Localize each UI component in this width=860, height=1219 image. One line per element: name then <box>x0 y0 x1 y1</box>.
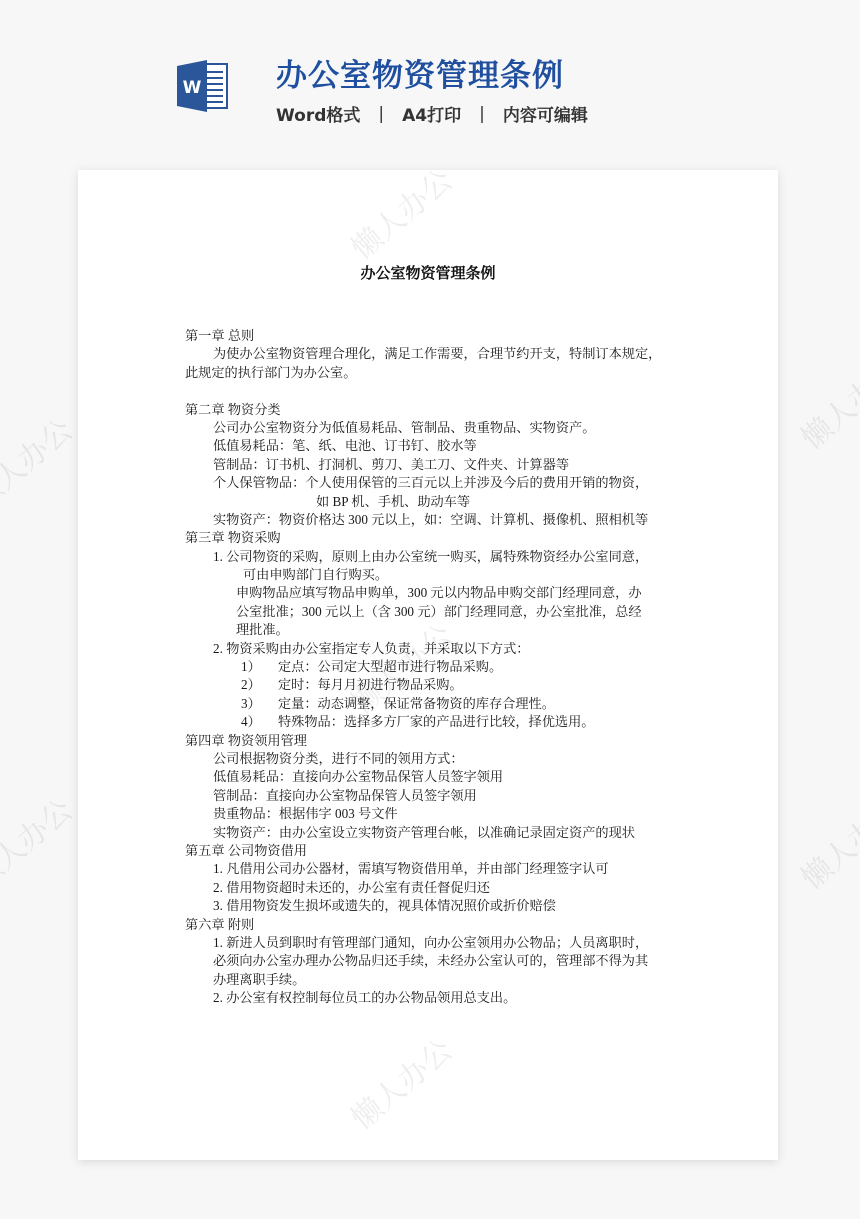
list-item: 2. 办公室有权控制每位员工的办公物品领用总支出。 <box>185 989 675 1007</box>
paragraph-line: 管制品：订书机、打洞机、剪刀、美工刀、文件夹、计算器等 <box>185 456 675 474</box>
method-number: 3） <box>241 695 278 713</box>
paragraph-line: 实物资产：物资价格达 300 元以上，如：空调、计算机、摄像机、照相机等 <box>185 511 675 529</box>
tag-separator: | <box>479 104 485 124</box>
watermark: 懒人办公 <box>0 787 80 898</box>
method-number: 4） <box>241 713 278 731</box>
method-text: 定点：公司定大型超市进行物品采购。 <box>278 658 502 676</box>
paragraph-line: 公司根据物资分类，进行不同的领用方式： <box>185 750 675 768</box>
chapter-heading: 第三章 物资采购 <box>185 529 675 547</box>
document-title: 办公室物资管理条例 <box>78 262 778 283</box>
list-item: 2. 物资采购由办公室指定专人负责，并采取以下方式： <box>185 640 675 658</box>
watermark: 懒人办公 <box>340 170 460 267</box>
paragraph-line: 申购物品应填写物品申购单，300 元以内物品申购交部门经理同意，办 <box>185 584 675 602</box>
paragraph-line: 个人保管物品：个人使用保管的三百元以上并涉及今后的费用开销的物资， <box>185 474 675 492</box>
watermark: 懒人办公 <box>0 407 80 518</box>
watermark: 懒人办公 <box>340 1027 460 1138</box>
paragraph-line: 公司办公室物资分为低值易耗品、管制品、贵重物品、实物资产。 <box>185 419 675 437</box>
document-page: 懒人办公 懒人办公 懒人办公 办公室物资管理条例 第一章 总则 为使办公室物资管… <box>78 170 778 1160</box>
document-body: 第一章 总则 为使办公室物资管理合理化，满足工作需要，合理节约开支，特制订本规定… <box>185 327 675 1007</box>
list-item: 2. 借用物资超时未还的，办公室有责任督促归还 <box>185 879 675 897</box>
paragraph-line: 可由申购部门自行购买。 <box>185 566 675 584</box>
method-text: 特殊物品：选择多方厂家的产品进行比较，择优选用。 <box>278 713 595 731</box>
paragraph-line: 如 BP 机、手机、助动车等 <box>185 493 675 511</box>
list-item: 1. 公司物资的采购，原则上由办公室统一购买，属特殊物资经办公室同意， <box>185 548 675 566</box>
paragraph-line: 必须向办公室办理办公物品归还手续，未经办公室认可的，管理部不得为其 <box>185 952 675 970</box>
method-text: 定量：动态调整，保证常备物资的库存合理性。 <box>278 695 555 713</box>
watermark: 懒人办公 <box>790 787 860 898</box>
tag-a4-print: A4打印 <box>402 101 461 126</box>
list-item: 1. 凡借用公司办公器材，需填写物资借用单，并由部门经理签字认可 <box>185 860 675 878</box>
chapter-heading: 第六章 附则 <box>185 916 675 934</box>
chapter-heading: 第五章 公司物资借用 <box>185 842 675 860</box>
list-item: 3. 借用物资发生损坏或遗失的，视具体情况照价或折价赔偿 <box>185 897 675 915</box>
method-item: 1） 定点：公司定大型超市进行物品采购。 <box>185 658 675 676</box>
paragraph-line: 管制品：直接向办公室物品保管人员签字领用 <box>185 787 675 805</box>
paragraph-line: 为使办公室物资管理合理化，满足工作需要，合理节约开支，特制订本规定， <box>185 345 675 363</box>
method-number: 2） <box>241 676 278 694</box>
paragraph-line: 实物资产：由办公室设立实物资产管理台帐，以准确记录固定资产的现状 <box>185 824 675 842</box>
paragraph-line: 此规定的执行部门为办公室。 <box>185 364 675 382</box>
word-document-icon: W <box>175 58 231 114</box>
tag-editable: 内容可编辑 <box>503 101 588 126</box>
paragraph-line: 低值易耗品：笔、纸、电池、订书钉、胶水等 <box>185 437 675 455</box>
method-item: 2） 定时：每月月初进行物品采购。 <box>185 676 675 694</box>
header-banner: W 办公室物资管理条例 Word格式 | A4打印 | 内容可编辑 <box>0 0 860 170</box>
list-item: 1. 新进人员到职时有管理部门通知，向办公室领用办公物品；人员离职时， <box>185 934 675 952</box>
watermark: 懒人办公 <box>790 347 860 458</box>
method-item: 3） 定量：动态调整，保证常备物资的库存合理性。 <box>185 695 675 713</box>
banner-tags: Word格式 | A4打印 | 内容可编辑 <box>276 101 588 126</box>
tag-separator: | <box>378 104 384 124</box>
method-item: 4） 特殊物品：选择多方厂家的产品进行比较，择优选用。 <box>185 713 675 731</box>
banner-title: 办公室物资管理条例 <box>276 50 564 95</box>
paragraph-line: 低值易耗品：直接向办公室物品保管人员签字领用 <box>185 768 675 786</box>
chapter-heading: 第二章 物资分类 <box>185 401 675 419</box>
chapter-heading: 第四章 物资领用管理 <box>185 732 675 750</box>
svg-text:W: W <box>183 78 202 98</box>
method-text: 定时：每月月初进行物品采购。 <box>278 676 463 694</box>
method-number: 1） <box>241 658 278 676</box>
paragraph-line: 理批准。 <box>185 621 675 639</box>
paragraph-line: 办理离职手续。 <box>185 971 675 989</box>
chapter-heading: 第一章 总则 <box>185 327 675 345</box>
paragraph-line: 贵重物品：根据伟字 003 号文件 <box>185 805 675 823</box>
paragraph-line: 公室批准；300 元以上（含 300 元）部门经理同意，办公室批准，总经 <box>185 603 675 621</box>
tag-word-format: Word格式 <box>276 101 360 126</box>
